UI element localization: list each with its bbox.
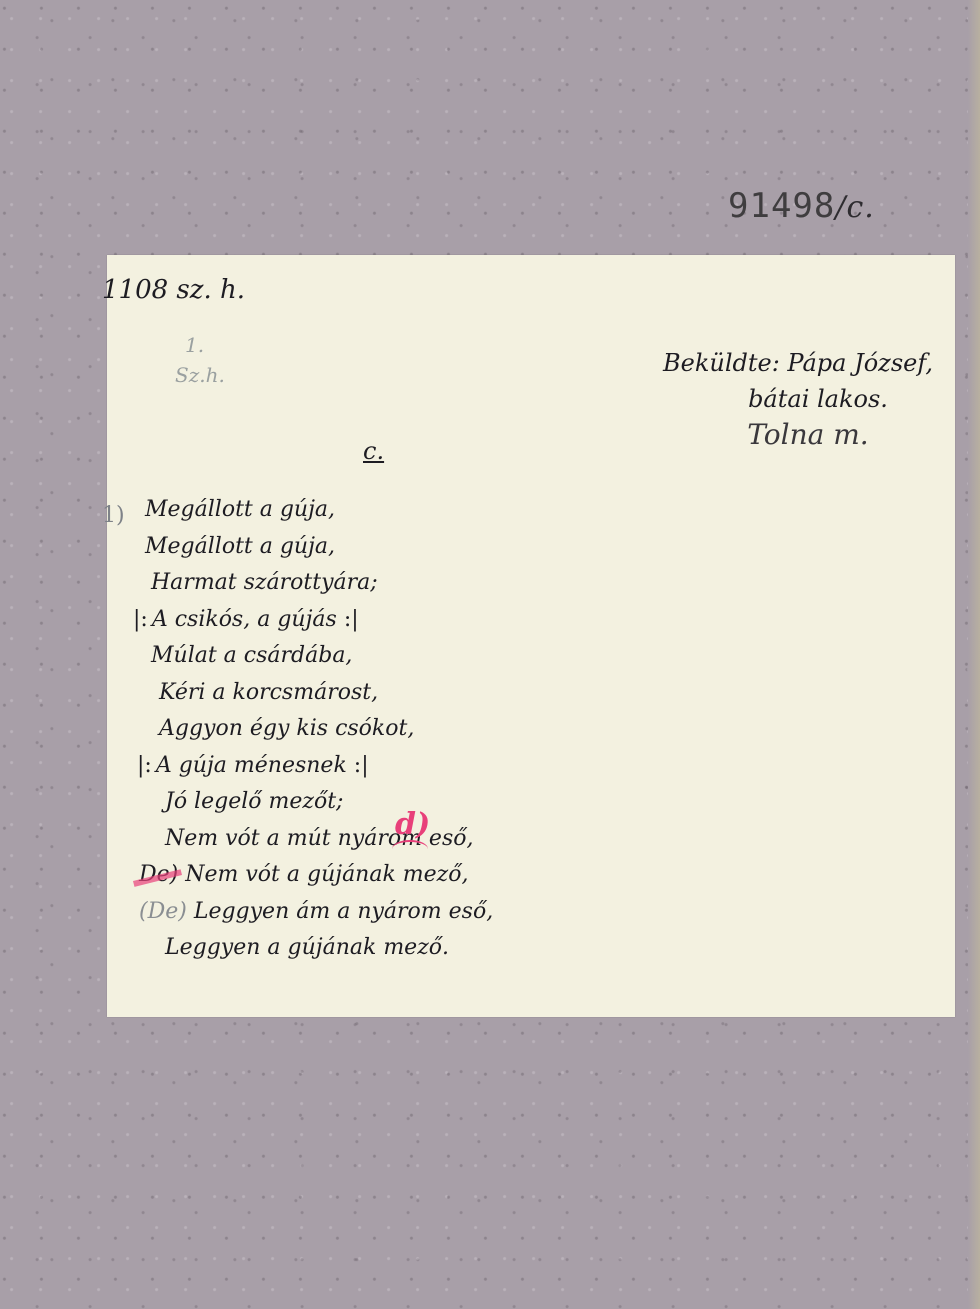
verse-line: Múlat a csárdába, bbox=[145, 638, 493, 675]
pencil-note-1: 1. bbox=[185, 333, 204, 357]
manuscript-sheet: 1108 sz. h. 1. Sz.h. Beküldte: Pápa Józs… bbox=[107, 255, 955, 1017]
verse-line-corrected: (De) Leggyen ám a nyárom eső, bbox=[139, 894, 493, 931]
verse-line: Megállott a gúja, bbox=[145, 529, 493, 566]
struck-prefix: De) bbox=[139, 862, 178, 887]
repeat-open-sign: |: bbox=[137, 753, 152, 778]
bracketed-prefix: (De) bbox=[139, 899, 187, 924]
song-verse: Megállott a gúja, Megállott a gúja, Harm… bbox=[145, 492, 493, 967]
pink-correction-mark bbox=[392, 840, 428, 858]
verse-line: Aggyon égy kis csókot, bbox=[145, 711, 493, 748]
verse-line-corrected: De) Nem vót a gújának mező, bbox=[139, 857, 493, 894]
verse-line: Harmat szárottyára; bbox=[145, 565, 493, 602]
stanza-number: 1) bbox=[102, 503, 125, 528]
repeat-close-sign: :| bbox=[354, 753, 369, 778]
collector-county: Tolna m. bbox=[663, 417, 933, 453]
repeat-open-sign: |: bbox=[133, 607, 148, 632]
pink-annotation-d: d) bbox=[395, 807, 430, 842]
accession-stamp: 91498/c. bbox=[728, 186, 875, 226]
verse-line: Megállott a gúja, bbox=[145, 492, 493, 529]
pencil-note-2: Sz.h. bbox=[175, 363, 225, 387]
card-edge bbox=[968, 0, 980, 1309]
verse-line-repeat: |:A gúja ménesnek :| bbox=[137, 748, 493, 785]
verse-line: Leggyen a gújának mező. bbox=[145, 930, 493, 967]
variant-letter: c. bbox=[363, 437, 384, 465]
verse-line: Nem vót a mút nyárom eső, bbox=[145, 821, 493, 858]
collector-place: bátai lakos. bbox=[663, 381, 933, 417]
collector-name: Beküldte: Pápa József, bbox=[663, 345, 933, 381]
verse-line-repeat: |:A csikós, a gújás :| bbox=[133, 602, 493, 639]
collector-info: Beküldte: Pápa József, bátai lakos. Toln… bbox=[663, 345, 933, 453]
verse-line: Jó legelő mezőt; bbox=[145, 784, 493, 821]
repeat-close-sign: :| bbox=[344, 607, 359, 632]
verse-line: Kéri a korcsmárost, bbox=[145, 675, 493, 712]
accession-suffix: /c. bbox=[835, 190, 874, 225]
accession-number: 91498 bbox=[728, 186, 835, 226]
reference-number: 1108 sz. h. bbox=[102, 275, 245, 305]
